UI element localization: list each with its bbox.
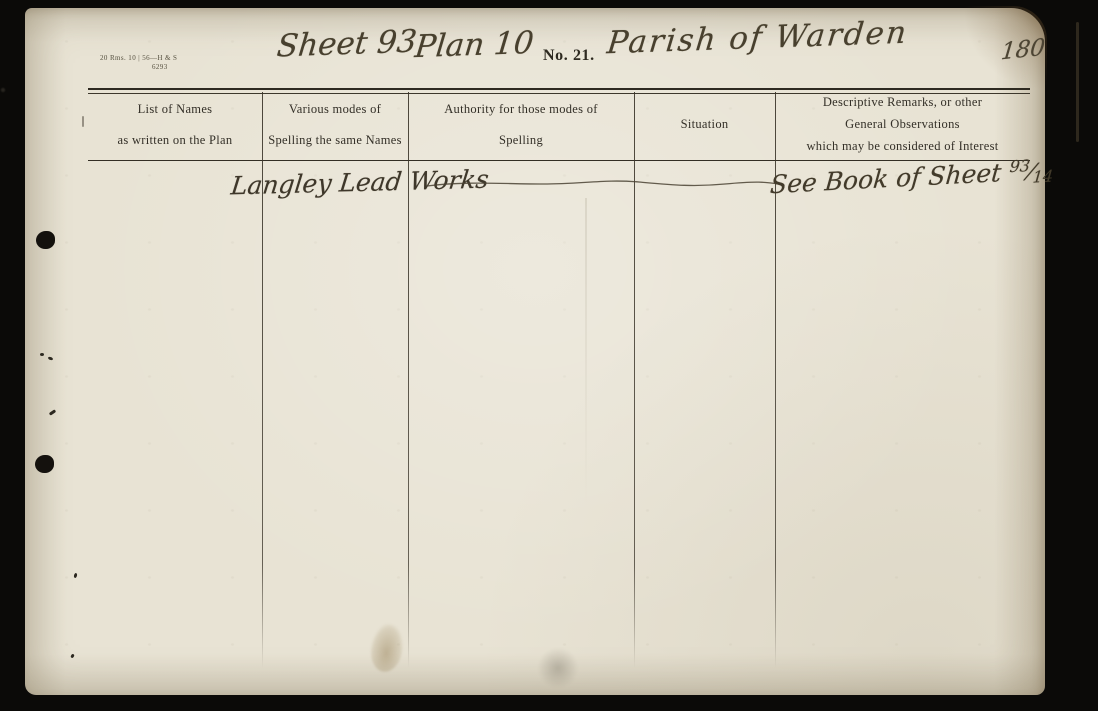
ink-speck (49, 409, 56, 415)
ink-speck (40, 353, 44, 356)
header-various-modes: Various modes of Spelling the same Names (262, 94, 408, 156)
punch-hole (35, 455, 54, 473)
imprint-line1: 20 Rms. 10 | 56—H & S (100, 54, 177, 62)
header-line: Spelling the same Names (268, 134, 402, 148)
header-line: General Observations (845, 118, 960, 132)
fraction-denominator: 14 (1032, 166, 1054, 186)
paper-crease (585, 198, 587, 508)
header-line: Various modes of (289, 103, 381, 117)
header-line: as written on the Plan (118, 134, 233, 148)
page-number-handwritten: 180 (1000, 37, 1046, 65)
grey-smudge (537, 648, 579, 688)
ink-speck (48, 356, 54, 361)
header-list-of-names: List of Names as written on the Plan (88, 94, 262, 156)
plan-number-handwritten: Plan 10 (413, 28, 535, 63)
adjacent-page-edge (1076, 22, 1079, 142)
sheet-number-handwritten: Sheet 93 (275, 26, 418, 62)
header-line: which may be considered of Interest (806, 140, 998, 154)
header-situation: Situation (634, 94, 775, 156)
brown-stain (368, 622, 406, 674)
name-book-page: 20 Rms. 10 | 56—H & S 6293 Sheet 93 Plan… (25, 8, 1045, 695)
fraction-numerator: 93 (1009, 156, 1031, 176)
printers-imprint: 20 Rms. 10 | 56—H & S 6293 (100, 54, 220, 72)
book-number-printed: No. 21. (543, 47, 595, 65)
scan-background: 20 Rms. 10 | 56—H & S 6293 Sheet 93 Plan… (0, 0, 1098, 711)
ink-speck (70, 654, 75, 659)
header-line: List of Names (138, 103, 213, 117)
edge-bracket-mark (82, 116, 84, 127)
punch-hole (36, 231, 55, 249)
table-header-bottom-rule (88, 160, 1030, 161)
imprint-line2: 6293 (100, 63, 220, 72)
header-line: Descriptive Remarks, or other (823, 96, 982, 110)
remarks-text: See Book of Sheet (769, 158, 1003, 199)
remarks-fraction: 93⁄14 (1008, 155, 1055, 187)
ditto-squiggle-line (425, 176, 781, 192)
entry-remarks-handwritten: See Book of Sheet 93⁄14 (769, 156, 1055, 199)
header-descriptive-remarks: Descriptive Remarks, or other General Ob… (775, 94, 1030, 154)
header-authority: Authority for those modes of Spelling (408, 94, 634, 156)
parish-name-handwritten: Parish of Warden (605, 18, 909, 60)
header-line: Situation (681, 118, 729, 132)
header-line: Authority for those modes of (444, 103, 598, 117)
ink-speck (73, 573, 77, 579)
header-line: Spelling (499, 134, 543, 148)
